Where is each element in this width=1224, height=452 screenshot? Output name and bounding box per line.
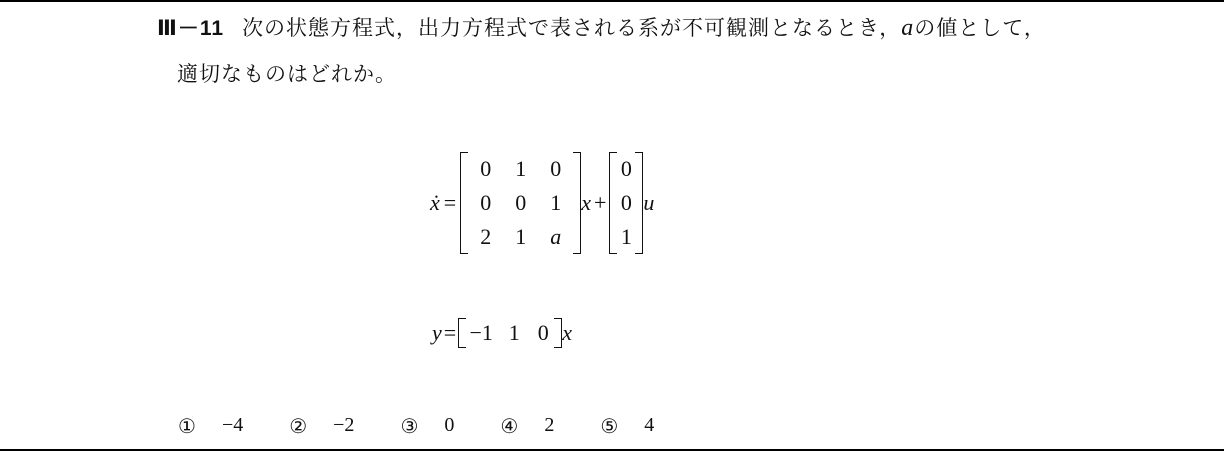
c-cell: 1	[498, 320, 530, 346]
matrix-a: 010 001 21a	[460, 152, 581, 254]
choice-5[interactable]: ⑤4	[600, 414, 654, 439]
choice-value: 4	[644, 414, 654, 439]
choice-1[interactable]: ①−4	[178, 414, 243, 439]
equals-sign: =	[444, 190, 456, 216]
choice-value: −4	[222, 414, 243, 439]
matrix-c: −1 1 0	[458, 318, 562, 348]
left-bracket	[609, 152, 617, 254]
a-cell: a	[538, 220, 573, 254]
c-cell: 0	[530, 320, 556, 346]
a-cell: 0	[468, 186, 503, 220]
state-equation: ẋ = 010 001 21a x + 0 0 1 u	[430, 152, 654, 254]
answer-choices: ①−4 ②−2 ③0 ④2 ⑤4	[178, 414, 700, 439]
right-bracket	[635, 152, 643, 254]
a-cell: 1	[538, 186, 573, 220]
output-equation: y = −1 1 0 x	[432, 318, 572, 348]
state-x: x	[581, 190, 591, 216]
question-line-1: Ⅲ－11次の状態方程式，出力方程式で表される系が不可観測となるとき，aの値として…	[157, 12, 1046, 42]
right-bracket	[573, 152, 581, 254]
choice-3[interactable]: ③0	[400, 414, 454, 439]
c-cell: −1	[464, 320, 498, 346]
question-text-b: の値として，	[914, 16, 1046, 40]
choice-2[interactable]: ②−2	[289, 414, 354, 439]
choice-number: ④	[500, 414, 518, 439]
a-cell: 0	[468, 152, 503, 186]
choice-number: ①	[178, 414, 196, 439]
question-line-2: 適切なものはどれか。	[177, 58, 397, 88]
question-text-a: 次の状態方程式，出力方程式で表される系が不可観測となるとき，	[242, 16, 901, 40]
state-lhs: ẋ	[430, 190, 440, 216]
choice-value: 0	[444, 414, 454, 439]
question-number: Ⅲ－11	[157, 17, 224, 40]
a-cell: 2	[468, 220, 503, 254]
choice-number: ⑤	[600, 414, 618, 439]
a-cell: 0	[538, 152, 573, 186]
question-variable: a	[901, 15, 914, 41]
b-cell: 0	[617, 186, 635, 220]
left-bracket	[460, 152, 468, 254]
choice-value: −2	[333, 414, 354, 439]
input-u: u	[643, 190, 654, 216]
left-bracket	[458, 318, 466, 348]
top-rule	[0, 0, 1224, 2]
choice-value: 2	[544, 414, 554, 439]
a-cell: 0	[503, 186, 538, 220]
b-cell: 1	[617, 220, 635, 254]
a-cell: 1	[503, 220, 538, 254]
right-bracket	[554, 318, 562, 348]
bottom-rule	[0, 449, 1224, 451]
b-cell: 0	[617, 152, 635, 186]
choice-4[interactable]: ④2	[500, 414, 554, 439]
output-lhs: y	[432, 320, 442, 346]
choice-number: ③	[400, 414, 418, 439]
equals-sign: =	[444, 320, 456, 346]
choice-number: ②	[289, 414, 307, 439]
a-cell: 1	[503, 152, 538, 186]
matrix-b: 0 0 1	[609, 152, 643, 254]
plus-sign: +	[594, 190, 606, 216]
output-x: x	[562, 320, 572, 346]
